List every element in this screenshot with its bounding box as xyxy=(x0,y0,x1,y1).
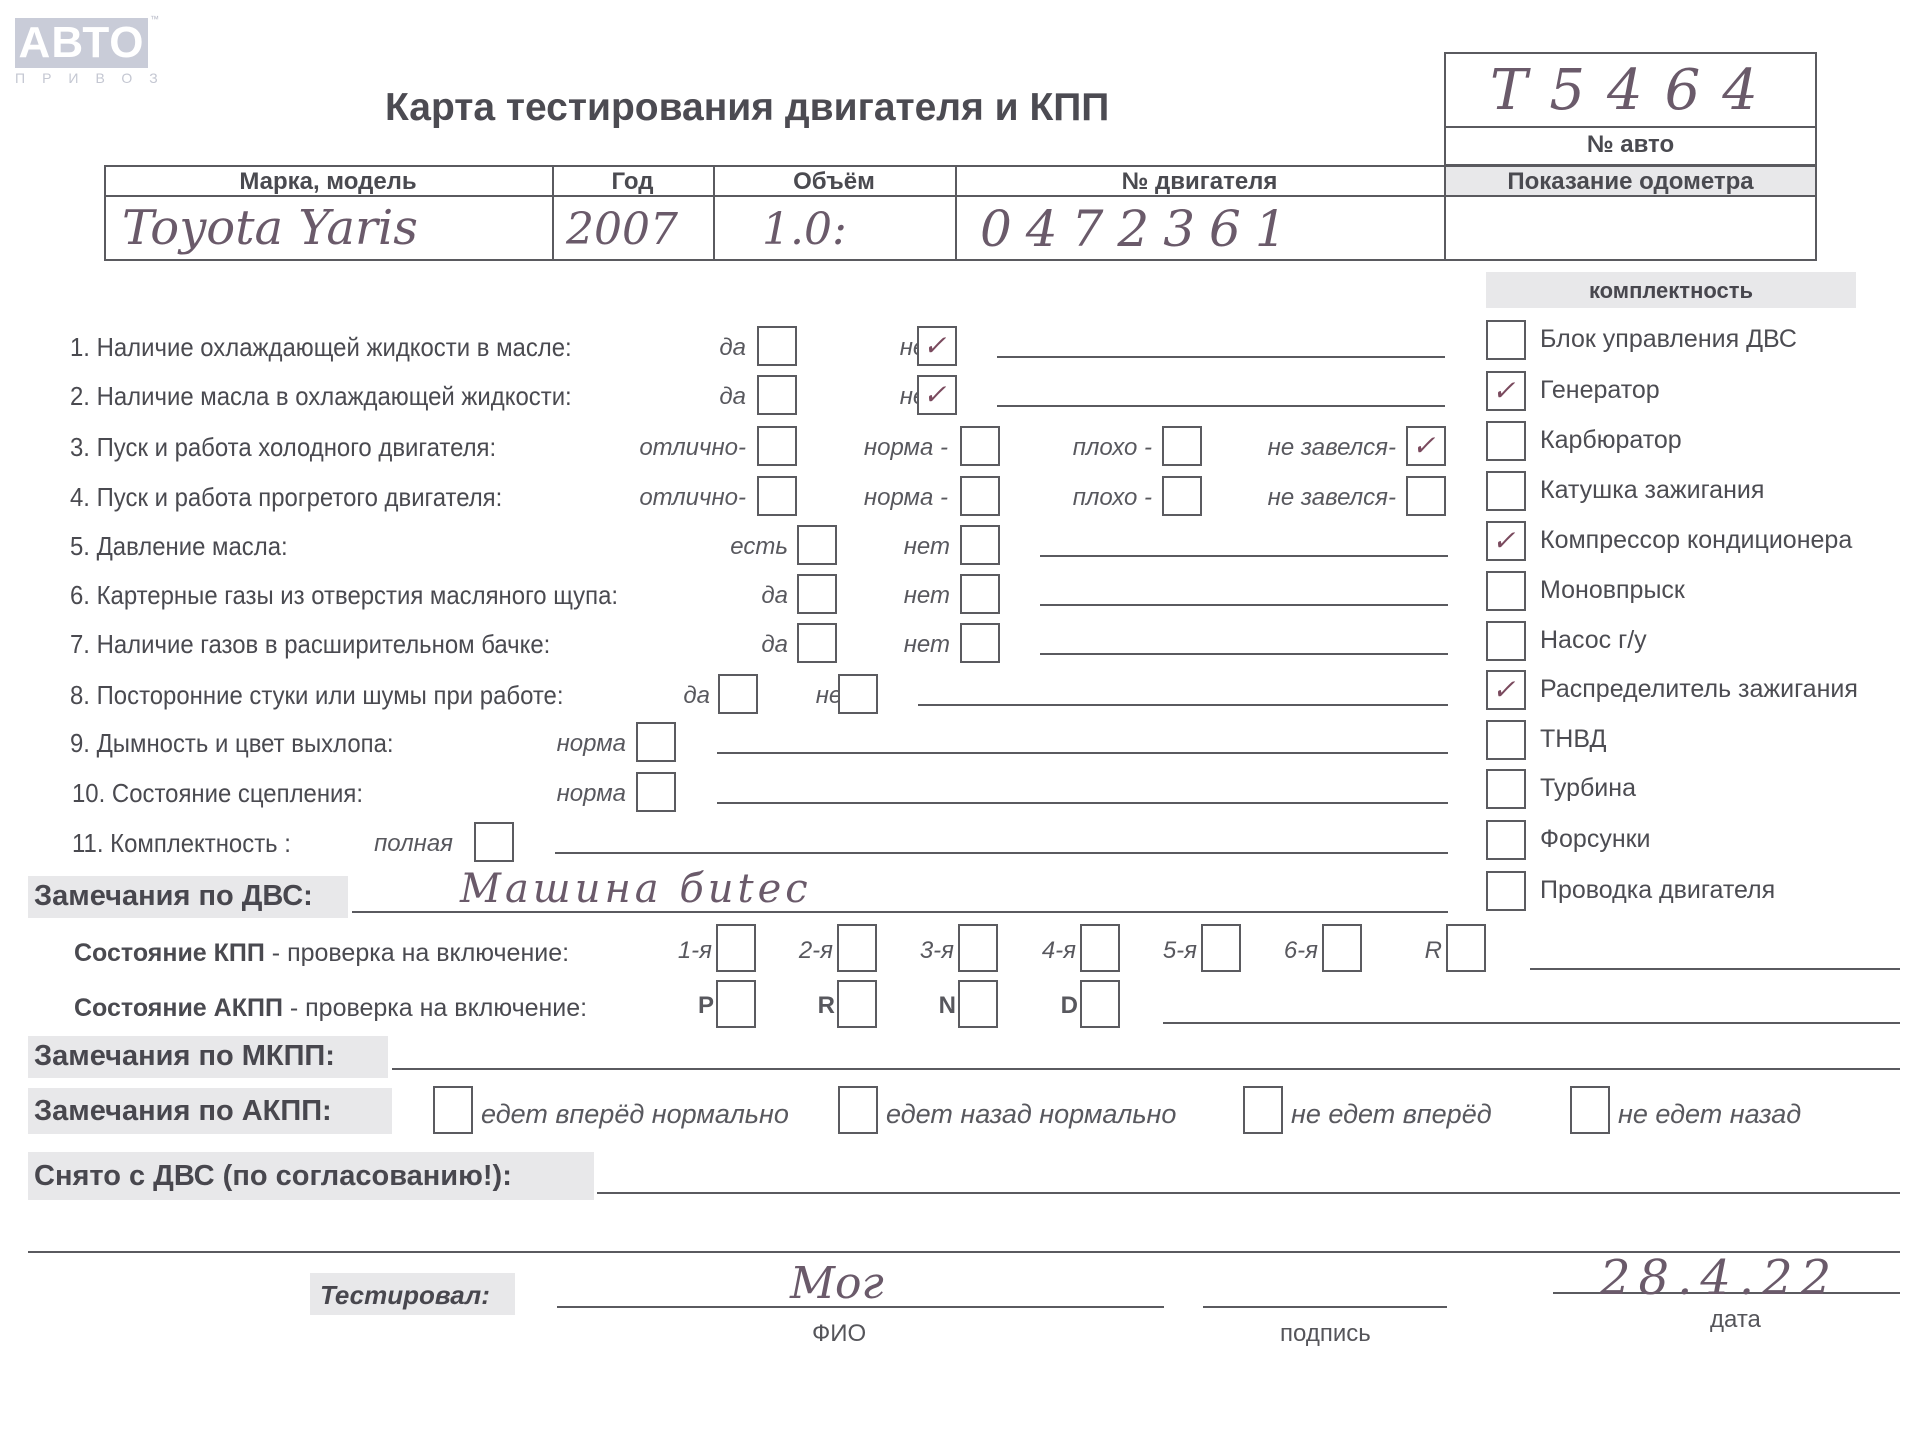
kit-item-label: Насос г/у xyxy=(1540,626,1647,655)
auto-remark-checkbox[interactable] xyxy=(838,1086,878,1134)
brand-logo: АВТО xyxy=(15,18,148,68)
kit-item-label: Форсунки xyxy=(1540,825,1651,854)
question-text: Пуск и работа прогретого двигателя: xyxy=(97,482,503,512)
auto-gear-checkbox[interactable] xyxy=(716,980,756,1028)
option-label: норма xyxy=(557,780,626,808)
option-checkbox[interactable]: ✓ xyxy=(1406,426,1446,466)
gear-checkbox[interactable] xyxy=(1446,924,1486,972)
tested-by-label: Тестировал: xyxy=(320,1280,490,1311)
odometer-value[interactable] xyxy=(1450,200,1810,256)
option-label: да xyxy=(719,383,746,411)
page-title: Карта тестирования двигателя и КПП xyxy=(385,86,1109,130)
gear-label: 6-я xyxy=(1284,937,1318,965)
kit-checkbox[interactable] xyxy=(1486,421,1526,461)
option-checkbox[interactable] xyxy=(1406,476,1446,516)
column-odometer: Показание одометра xyxy=(1444,168,1817,196)
option-label: не завелся- xyxy=(1268,434,1396,462)
question-text: Пуск и работа холодного двигателя: xyxy=(97,432,497,462)
manual-remarks-field[interactable] xyxy=(400,1038,1890,1066)
option-checkbox[interactable] xyxy=(757,476,797,516)
question-number: 1. xyxy=(70,332,90,362)
answer-underline xyxy=(1040,555,1448,557)
auto-gearbox-label: Состояние АКПП - проверка на включение: xyxy=(74,994,587,1023)
kit-title: комплектность xyxy=(1486,278,1856,304)
answer-underline xyxy=(997,356,1445,358)
option-checkbox[interactable]: ✓ xyxy=(917,326,957,366)
checklist-question: 11. Комплектность : xyxy=(72,828,291,859)
checklist-question: 9. Дымность и цвет выхлопа: xyxy=(70,728,394,759)
option-checkbox[interactable] xyxy=(960,574,1000,614)
gear-checkbox[interactable] xyxy=(1201,924,1241,972)
auto-remark-label: не едет вперёд xyxy=(1291,1099,1492,1130)
option-checkbox[interactable] xyxy=(757,375,797,415)
kit-checkbox[interactable] xyxy=(1486,621,1526,661)
check-mark-icon: ✓ xyxy=(1492,375,1515,407)
checklist-question: 1. Наличие охлаждающей жидкости в масле: xyxy=(70,332,572,363)
option-checkbox[interactable] xyxy=(797,574,837,614)
auto-gear-label: D xyxy=(1061,992,1078,1020)
option-checkbox[interactable] xyxy=(797,525,837,565)
removed-label: Снято с ДВС (по согласованию!): xyxy=(34,1160,512,1193)
option-checkbox[interactable] xyxy=(636,772,676,812)
kit-item-label: Генератор xyxy=(1540,376,1660,405)
option-checkbox[interactable] xyxy=(718,674,758,714)
option-checkbox[interactable]: ✓ xyxy=(917,375,957,415)
auto-remark-checkbox[interactable] xyxy=(433,1086,473,1134)
option-label: плохо - xyxy=(1073,434,1152,462)
kit-item-label: Блок управления ДВС xyxy=(1540,325,1797,354)
engine-remarks-label: Замечания по ДВС: xyxy=(34,880,313,913)
kit-item-label: Распределитель зажигания xyxy=(1540,675,1858,704)
kit-checkbox[interactable] xyxy=(1486,320,1526,360)
question-number: 8. xyxy=(70,680,90,710)
kit-checkbox[interactable] xyxy=(1486,820,1526,860)
checklist-question: 4. Пуск и работа прогретого двигателя: xyxy=(70,482,502,513)
auto-gear-checkbox[interactable] xyxy=(837,980,877,1028)
make-model-value[interactable]: Toyota Yaris xyxy=(122,200,418,256)
checklist-question: 8. Посторонние стуки или шумы при работе… xyxy=(70,680,563,711)
kit-checkbox[interactable] xyxy=(1486,720,1526,760)
answer-underline xyxy=(717,752,1448,754)
date-value[interactable]: 28.4.22 xyxy=(1600,1250,1839,1306)
check-mark-icon: ✓ xyxy=(1412,430,1435,462)
question-text: Наличие газов в расширительном бачке: xyxy=(97,629,551,659)
question-text: Состояние сцепления: xyxy=(112,778,363,808)
auto-gear-label: P xyxy=(698,992,714,1020)
kit-checkbox[interactable] xyxy=(1486,471,1526,511)
kit-item-label: Катушка зажигания xyxy=(1540,476,1764,505)
option-label: отлично- xyxy=(639,484,746,512)
gear-label: 2-я xyxy=(799,937,833,965)
check-mark-icon: ✓ xyxy=(1492,674,1515,706)
option-checkbox[interactable] xyxy=(1162,476,1202,516)
checklist-question: 7. Наличие газов в расширительном бачке: xyxy=(70,629,550,660)
auto-gearbox-label-rest: - проверка на включение: xyxy=(283,994,587,1022)
option-label: есть xyxy=(730,533,788,561)
option-checkbox[interactable] xyxy=(960,623,1000,663)
option-checkbox[interactable] xyxy=(960,476,1000,516)
kit-item-label: Моновпрыск xyxy=(1540,576,1685,605)
option-label: полная xyxy=(374,830,453,858)
question-text: Комплектность : xyxy=(110,828,291,858)
gear-label: 3-я xyxy=(920,937,954,965)
question-text: Наличие охлаждающей жидкости в масле: xyxy=(97,332,572,362)
option-checkbox[interactable] xyxy=(1162,426,1202,466)
answer-underline xyxy=(1040,653,1448,655)
volume-value[interactable]: 1.0: xyxy=(762,204,847,255)
kit-item-label: Компрессор кондиционера xyxy=(1540,526,1852,555)
auto-remark-label: едет назад нормально xyxy=(886,1099,1176,1130)
gear-label: R xyxy=(1425,937,1442,965)
auto-remark-checkbox[interactable] xyxy=(1570,1086,1610,1134)
check-mark-icon: ✓ xyxy=(923,330,946,362)
gear-label: 5-я xyxy=(1163,937,1197,965)
column-engine-number: № двигателя xyxy=(955,168,1444,196)
option-checkbox[interactable] xyxy=(797,623,837,663)
question-text: Наличие масла в охлаждающей жидкости: xyxy=(97,381,572,411)
signature-field[interactable] xyxy=(1203,1270,1447,1304)
option-label: нет xyxy=(904,533,950,561)
checklist-question: 2. Наличие масла в охлаждающей жидкости: xyxy=(70,381,572,412)
question-number: 11. xyxy=(72,828,103,858)
question-number: 2. xyxy=(70,381,90,411)
name-caption: ФИО xyxy=(812,1320,866,1348)
auto-remarks-label: Замечания по АКПП: xyxy=(34,1095,332,1128)
option-label: да xyxy=(683,682,710,710)
option-checkbox[interactable] xyxy=(757,326,797,366)
checklist-question: 6. Картерные газы из отверстия масляного… xyxy=(70,580,618,611)
question-text: Картерные газы из отверстия масляного щу… xyxy=(97,580,618,610)
answer-underline xyxy=(717,802,1448,804)
gear-checkbox[interactable] xyxy=(1322,924,1362,972)
checklist-question: 3. Пуск и работа холодного двигателя: xyxy=(70,432,496,463)
option-checkbox[interactable] xyxy=(838,674,878,714)
column-volume: Объём xyxy=(713,168,955,196)
kit-checkbox[interactable] xyxy=(1486,571,1526,611)
option-label: норма - xyxy=(864,434,948,462)
kit-item-label: Турбина xyxy=(1540,774,1636,803)
option-checkbox[interactable] xyxy=(757,426,797,466)
tester-name-value[interactable]: Мог xyxy=(790,1258,884,1309)
gear-checkbox[interactable] xyxy=(1080,924,1120,972)
year-value[interactable]: 2007 xyxy=(566,204,678,255)
kit-checkbox[interactable] xyxy=(1486,871,1526,911)
checklist-question: 10. Состояние сцепления: xyxy=(72,778,363,809)
auto-gear-label: N xyxy=(939,992,956,1020)
option-checkbox[interactable] xyxy=(960,426,1000,466)
manual-gearbox-label-bold: Состояние КПП xyxy=(74,939,265,967)
auto-remark-label: не едет назад xyxy=(1618,1099,1801,1130)
auto-gear-label: R xyxy=(818,992,835,1020)
answer-underline xyxy=(918,704,1448,706)
auto-gear-checkbox[interactable] xyxy=(1080,980,1120,1028)
auto-gear-checkbox[interactable] xyxy=(958,980,998,1028)
kit-checkbox[interactable]: ✓ xyxy=(1486,670,1526,710)
gear-label: 4-я xyxy=(1042,937,1076,965)
kit-checkbox[interactable] xyxy=(1486,769,1526,809)
manual-gearbox-label: Состояние КПП - проверка на включение: xyxy=(74,939,569,968)
kit-checkbox[interactable]: ✓ xyxy=(1486,371,1526,411)
column-make-model: Марка, модель xyxy=(104,168,552,196)
option-label: да xyxy=(761,582,788,610)
trademark-mark: ™ xyxy=(150,14,159,24)
date-caption: дата xyxy=(1710,1306,1761,1334)
option-label: да xyxy=(719,334,746,362)
manual-gearbox-label-rest: - проверка на включение: xyxy=(265,939,569,967)
kit-item-label: Проводка двигателя xyxy=(1540,876,1775,905)
kit-checkbox[interactable]: ✓ xyxy=(1486,521,1526,561)
engine-remarks-value[interactable]: Машина бutec xyxy=(460,866,812,912)
option-checkbox[interactable] xyxy=(960,525,1000,565)
car-number-label: № авто xyxy=(1444,131,1817,159)
gear-label: 1-я xyxy=(678,937,712,965)
option-checkbox[interactable] xyxy=(474,822,514,862)
gear-checkbox[interactable] xyxy=(837,924,877,972)
option-label: нет xyxy=(904,582,950,610)
engine-number-value[interactable]: 0472361 xyxy=(980,200,1301,258)
question-number: 9. xyxy=(70,728,90,758)
option-label: плохо - xyxy=(1073,484,1152,512)
question-text: Посторонние стуки или шумы при работе: xyxy=(97,680,564,710)
kit-item-label: Карбюратор xyxy=(1540,426,1682,455)
option-label: не завелся- xyxy=(1268,484,1396,512)
option-label: норма - xyxy=(864,484,948,512)
gear-checkbox[interactable] xyxy=(716,924,756,972)
auto-gearbox-label-bold: Состояние АКПП xyxy=(74,994,283,1022)
check-mark-icon: ✓ xyxy=(923,379,946,411)
auto-remark-label: едет вперёд нормально xyxy=(481,1099,789,1130)
option-label: нет xyxy=(904,631,950,659)
question-text: Дымность и цвет выхлопа: xyxy=(97,728,394,758)
question-number: 7. xyxy=(70,629,90,659)
option-label: норма xyxy=(557,730,626,758)
kit-item-label: ТНВД xyxy=(1540,725,1606,754)
question-number: 5. xyxy=(70,531,90,561)
question-text: Давление масла: xyxy=(97,531,288,561)
column-year: Год xyxy=(552,168,713,196)
answer-underline xyxy=(555,852,1448,854)
question-number: 4. xyxy=(70,482,90,512)
option-label: да xyxy=(761,631,788,659)
option-checkbox[interactable] xyxy=(636,722,676,762)
auto-remark-checkbox[interactable] xyxy=(1243,1086,1283,1134)
answer-underline xyxy=(1040,604,1448,606)
car-number-value[interactable]: T5464 xyxy=(1490,58,1780,123)
manual-remarks-label: Замечания по МКПП: xyxy=(34,1040,335,1073)
question-number: 3. xyxy=(70,432,90,462)
gear-checkbox[interactable] xyxy=(958,924,998,972)
answer-underline xyxy=(997,405,1445,407)
checklist-question: 5. Давление масла: xyxy=(70,531,288,562)
removed-field[interactable] xyxy=(600,1160,1890,1190)
option-label: отлично- xyxy=(639,434,746,462)
check-mark-icon: ✓ xyxy=(1492,525,1515,557)
question-number: 10. xyxy=(72,778,105,808)
brand-logo-subtitle: ПРИВОЗ xyxy=(15,70,175,86)
question-number: 6. xyxy=(70,580,90,610)
signature-caption: подпись xyxy=(1280,1320,1371,1348)
